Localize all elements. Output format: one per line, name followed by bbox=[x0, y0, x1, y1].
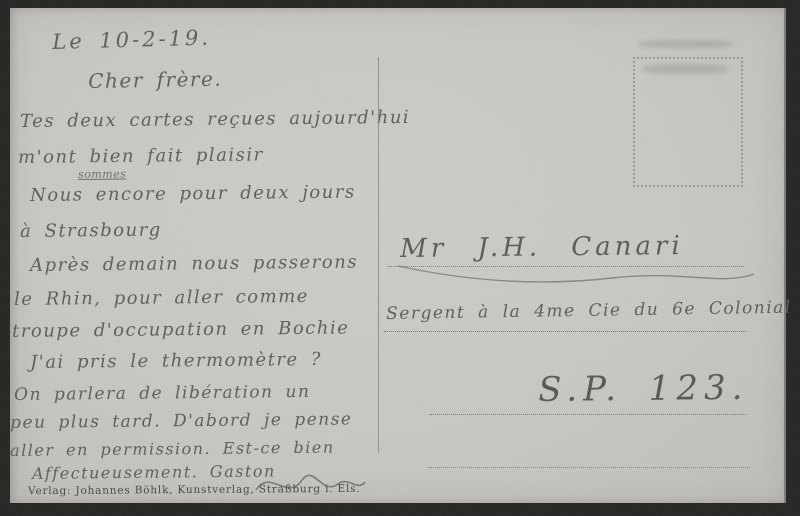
unit-line: Sergent à la 4me Cie du 6e Colonial bbox=[386, 298, 792, 324]
message-line: J'ai pris le thermomètre ? bbox=[30, 349, 322, 373]
stamp-smudge bbox=[642, 64, 728, 74]
message-line: On parlera de libération un bbox=[14, 382, 310, 405]
inserted-word: sommes bbox=[78, 167, 126, 181]
stamp-box bbox=[633, 57, 743, 187]
message-line: à Strasbourg bbox=[20, 220, 162, 242]
message-line: peu plus tard. D'abord je pense bbox=[10, 409, 353, 433]
postcard-back: Le 10-2-19. Cher frère. Tes deux cartes … bbox=[10, 8, 784, 503]
message-line: m'ont bien fait plaisir bbox=[18, 144, 264, 168]
address-rule-empty bbox=[428, 467, 750, 468]
message-line: Après demain nous passerons bbox=[30, 252, 358, 276]
message-line: troupe d'occupation en Bochie bbox=[12, 317, 349, 342]
message-line: Tes deux cartes reçues aujourd'hui bbox=[20, 107, 410, 132]
message-line: le Rhin, pour aller comme bbox=[14, 286, 309, 310]
center-divider-line bbox=[378, 57, 379, 453]
stamp-smudge bbox=[638, 40, 734, 48]
recipient-line: Mr J.H. Canari bbox=[400, 231, 684, 264]
message-line: Nous encore pour deux jours bbox=[30, 182, 356, 206]
publisher-imprint: Verlag: Johannes Böhlk, Kunstverlag, Str… bbox=[28, 483, 361, 497]
sector-line: S.P. 123. bbox=[538, 368, 749, 410]
address-rule bbox=[384, 331, 746, 332]
message-line: aller en permission. Est-ce bien bbox=[10, 438, 335, 460]
address-rule bbox=[430, 414, 746, 415]
message-date: Le 10-2-19. bbox=[52, 26, 211, 54]
address-rule bbox=[388, 266, 744, 267]
scan-frame: Le 10-2-19. Cher frère. Tes deux cartes … bbox=[0, 0, 800, 516]
message-salutation: Cher frère. bbox=[88, 67, 222, 93]
message-closing: Affectueusement. Gaston bbox=[32, 461, 276, 483]
